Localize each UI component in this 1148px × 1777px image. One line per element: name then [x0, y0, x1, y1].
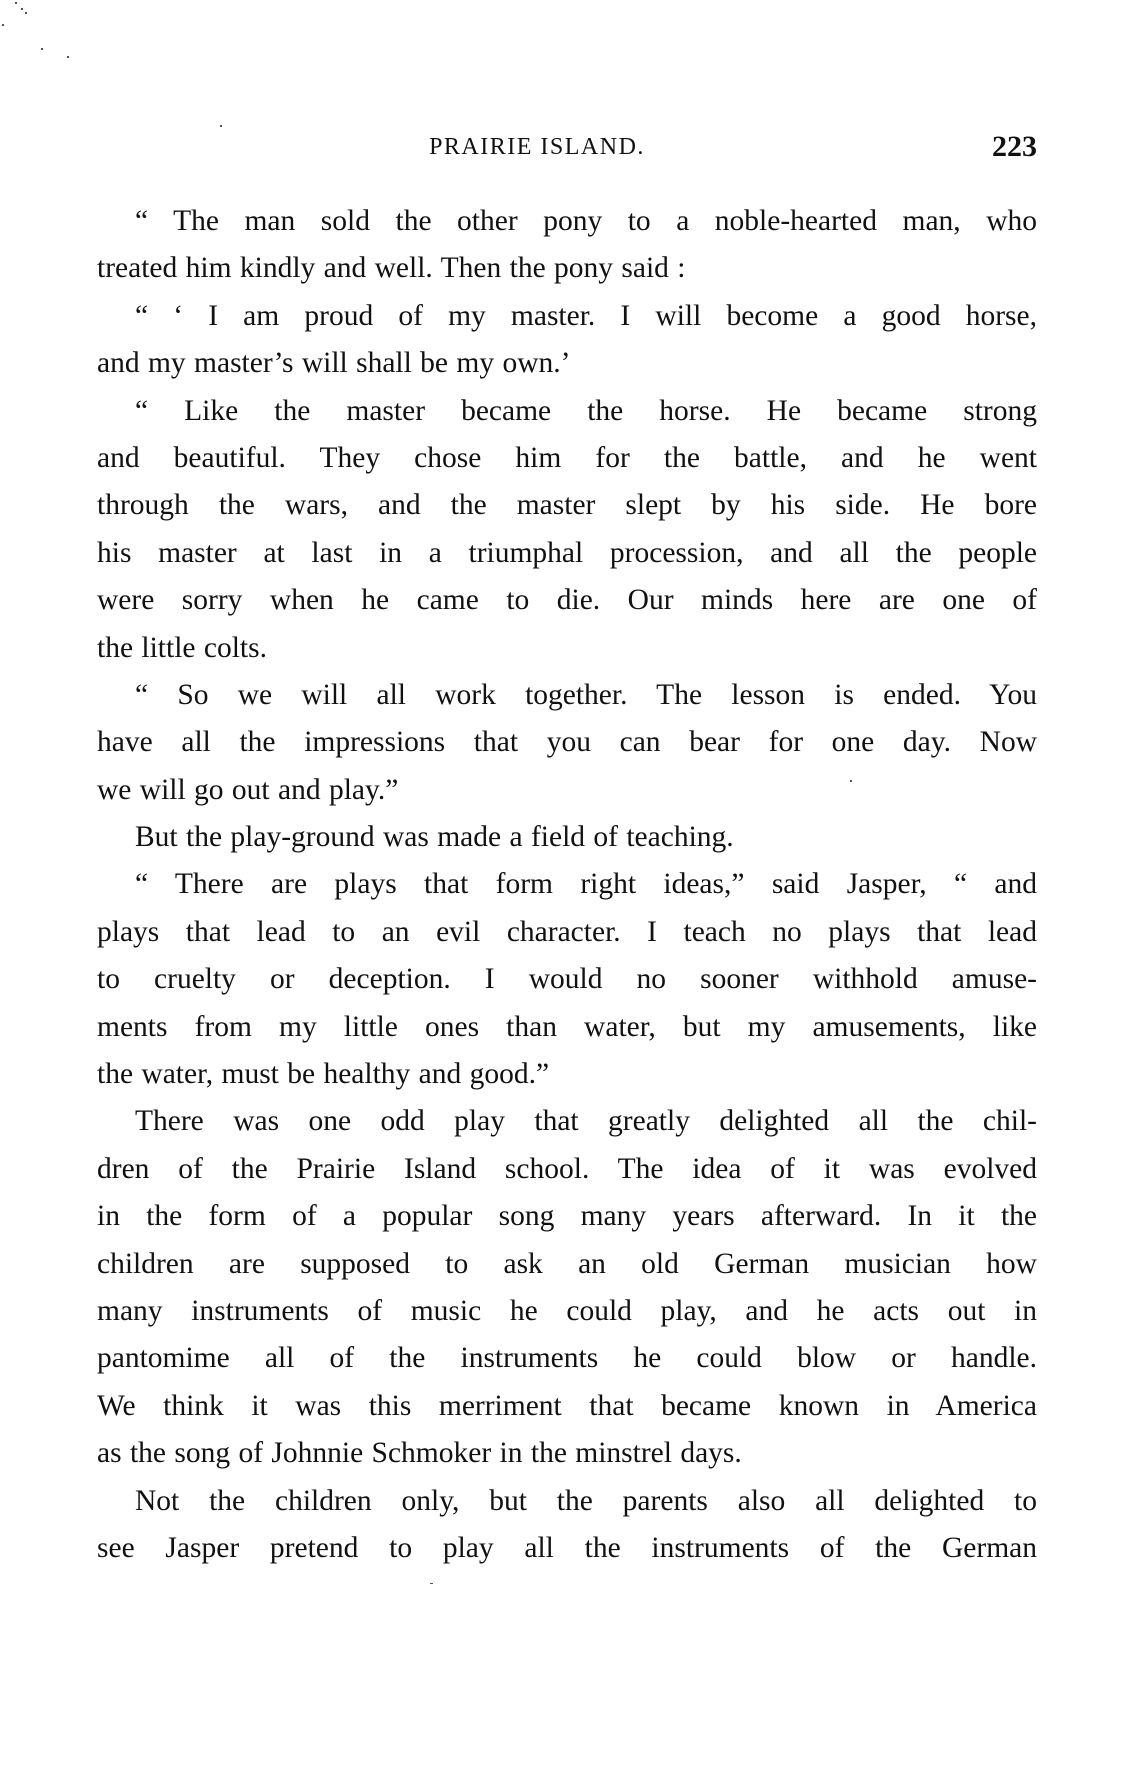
- scan-speck: [15, 2, 17, 4]
- text-line: have all the impressions that you can be…: [97, 719, 1037, 766]
- text-line: Not the children only, but the parents a…: [97, 1478, 1037, 1525]
- text-line: his master at last in a triumphal proces…: [97, 530, 1037, 577]
- text-line: treated him kindly and well. Then the po…: [97, 245, 1037, 292]
- text-line: “ ‘ I am proud of my master. I will beco…: [97, 293, 1037, 340]
- running-head: PRAIRIE ISLAND. 223: [97, 128, 1037, 168]
- text-line: see Jasper pretend to play all the instr…: [97, 1525, 1037, 1572]
- text-line: to cruelty or deception. I would no soon…: [97, 956, 1037, 1003]
- scan-speck: [430, 1583, 433, 1584]
- scan-speck: [220, 125, 222, 127]
- text-line: plays that lead to an evil character. I …: [97, 909, 1037, 956]
- text-line: “ The man sold the other pony to a noble…: [97, 198, 1037, 245]
- text-line: pantomime all of the instruments he coul…: [97, 1335, 1037, 1382]
- page-number: 223: [992, 130, 1037, 164]
- running-title: PRAIRIE ISLAND.: [97, 134, 1037, 161]
- text-line: many instruments of music he could play,…: [97, 1288, 1037, 1335]
- text-line: the little colts.: [97, 625, 1037, 672]
- text-line: “ There are plays that form right ideas,…: [97, 861, 1037, 908]
- text-line: the water, must be healthy and good.”: [97, 1051, 1037, 1098]
- scan-speck: [67, 56, 69, 58]
- text-line: dren of the Prairie Island school. The i…: [97, 1146, 1037, 1193]
- text-line: and beautiful. They chose him for the ba…: [97, 435, 1037, 482]
- scan-speck: [850, 780, 852, 782]
- body-text: “ The man sold the other pony to a noble…: [97, 198, 1037, 1572]
- text-line: through the wars, and the master slept b…: [97, 482, 1037, 529]
- text-line: But the play-ground was made a field of …: [97, 814, 1037, 861]
- text-line: We think it was this merriment that beca…: [97, 1383, 1037, 1430]
- text-line: “ So we will all work together. The less…: [97, 672, 1037, 719]
- scan-speck: [41, 48, 43, 50]
- text-line: children are supposed to ask an old Germ…: [97, 1241, 1037, 1288]
- text-line: were sorry when he came to die. Our mind…: [97, 577, 1037, 624]
- text-line: we will go out and play.”: [97, 767, 1037, 814]
- scan-speck: [2, 24, 4, 26]
- text-line: as the song of Johnnie Schmoker in the m…: [97, 1430, 1037, 1477]
- text-line: and my master’s will shall be my own.’: [97, 340, 1037, 387]
- text-line: “ Like the master became the horse. He b…: [97, 388, 1037, 435]
- scan-speck: [25, 12, 27, 14]
- text-line: in the form of a popular song many years…: [97, 1193, 1037, 1240]
- scan-speck: [21, 8, 23, 10]
- text-line: There was one odd play that greatly deli…: [97, 1098, 1037, 1145]
- text-line: ments from my little ones than water, bu…: [97, 1004, 1037, 1051]
